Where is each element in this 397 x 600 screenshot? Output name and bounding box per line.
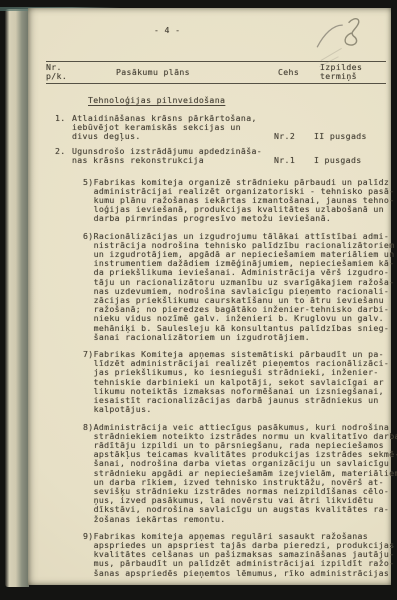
plan-item-number: 2.	[55, 147, 72, 156]
column-header-plan: Pasākumu plāns	[88, 63, 278, 81]
paragraph-5: 5) Fabrikas komiteja organizē strādnieku…	[28, 178, 386, 224]
plan-item-term: II pusgads	[314, 132, 386, 141]
section-title: Tehnoloģijas pilnveidošana	[88, 96, 386, 105]
plan-items-list: 1. Atlaidināšanas krāsns pārkārtošana, i…	[28, 114, 386, 166]
plan-item-text: Ugunsdrošo izstrādājumu apdedzināša- nas…	[72, 147, 274, 165]
paragraph-text: Fabrikas komiteja apņemas regulāri sasau…	[94, 532, 395, 578]
paragraph-text: Fabrikas komiteja organizē strādnieku pā…	[94, 178, 395, 224]
paragraph-text: Administrācija veic attiecīgus pasākumus…	[94, 423, 397, 524]
list-item: 2. Ugunsdrošo izstrādājumu apdedzināša- …	[28, 147, 386, 165]
pencil-scribble-icon	[308, 11, 379, 74]
plan-item-cehs: Nr.2	[274, 132, 314, 141]
plan-item-number: 1.	[55, 114, 72, 123]
column-header-cehs-label: Cehs	[278, 68, 299, 77]
document-page: - 4 - Nr. p/k. Pasākumu plāns Cehs Izpil…	[28, 8, 391, 585]
handwritten-mark	[308, 11, 379, 74]
paragraph-number: 8)	[83, 423, 94, 524]
paragraph-text: Fabrikas Komiteja apņemas sistemātiski p…	[94, 350, 390, 414]
paragraph-number: 7)	[83, 350, 94, 414]
paragraph-8: 8) Administrācija veic attiecīgus pasāku…	[28, 423, 386, 524]
paragraph-9: 9) Fabrikas komiteja apņemas regulāri sa…	[28, 532, 386, 578]
paragraph-7: 7) Fabrikas Komiteja apņemas sistemātisk…	[28, 350, 386, 414]
plan-item-text: Atlaidināšanas krāsns pārkārtošana, iebū…	[72, 114, 274, 142]
plan-item-cehs: Nr.1	[274, 156, 314, 165]
column-header-nr: Nr. p/k.	[46, 63, 88, 81]
paragraph-6: 6) Racionālizācijas un izgudrojumu tālāk…	[28, 232, 386, 342]
paragraph-number: 9)	[83, 532, 94, 578]
paragraph-list: 5) Fabrikas komiteja organizē strādnieku…	[28, 178, 386, 578]
paragraph-number: 6)	[83, 232, 94, 342]
plan-item-term: I pusgads	[314, 156, 386, 165]
paragraph-text: Racionālizācijas un izgudrojumu tālākai …	[94, 232, 395, 342]
column-header-plan-label: Pasākumu plāns	[116, 68, 190, 77]
paragraph-number: 5)	[83, 178, 94, 224]
list-item: 1. Atlaidināšanas krāsns pārkārtošana, i…	[28, 114, 386, 142]
page-stack-edge	[5, 9, 29, 587]
